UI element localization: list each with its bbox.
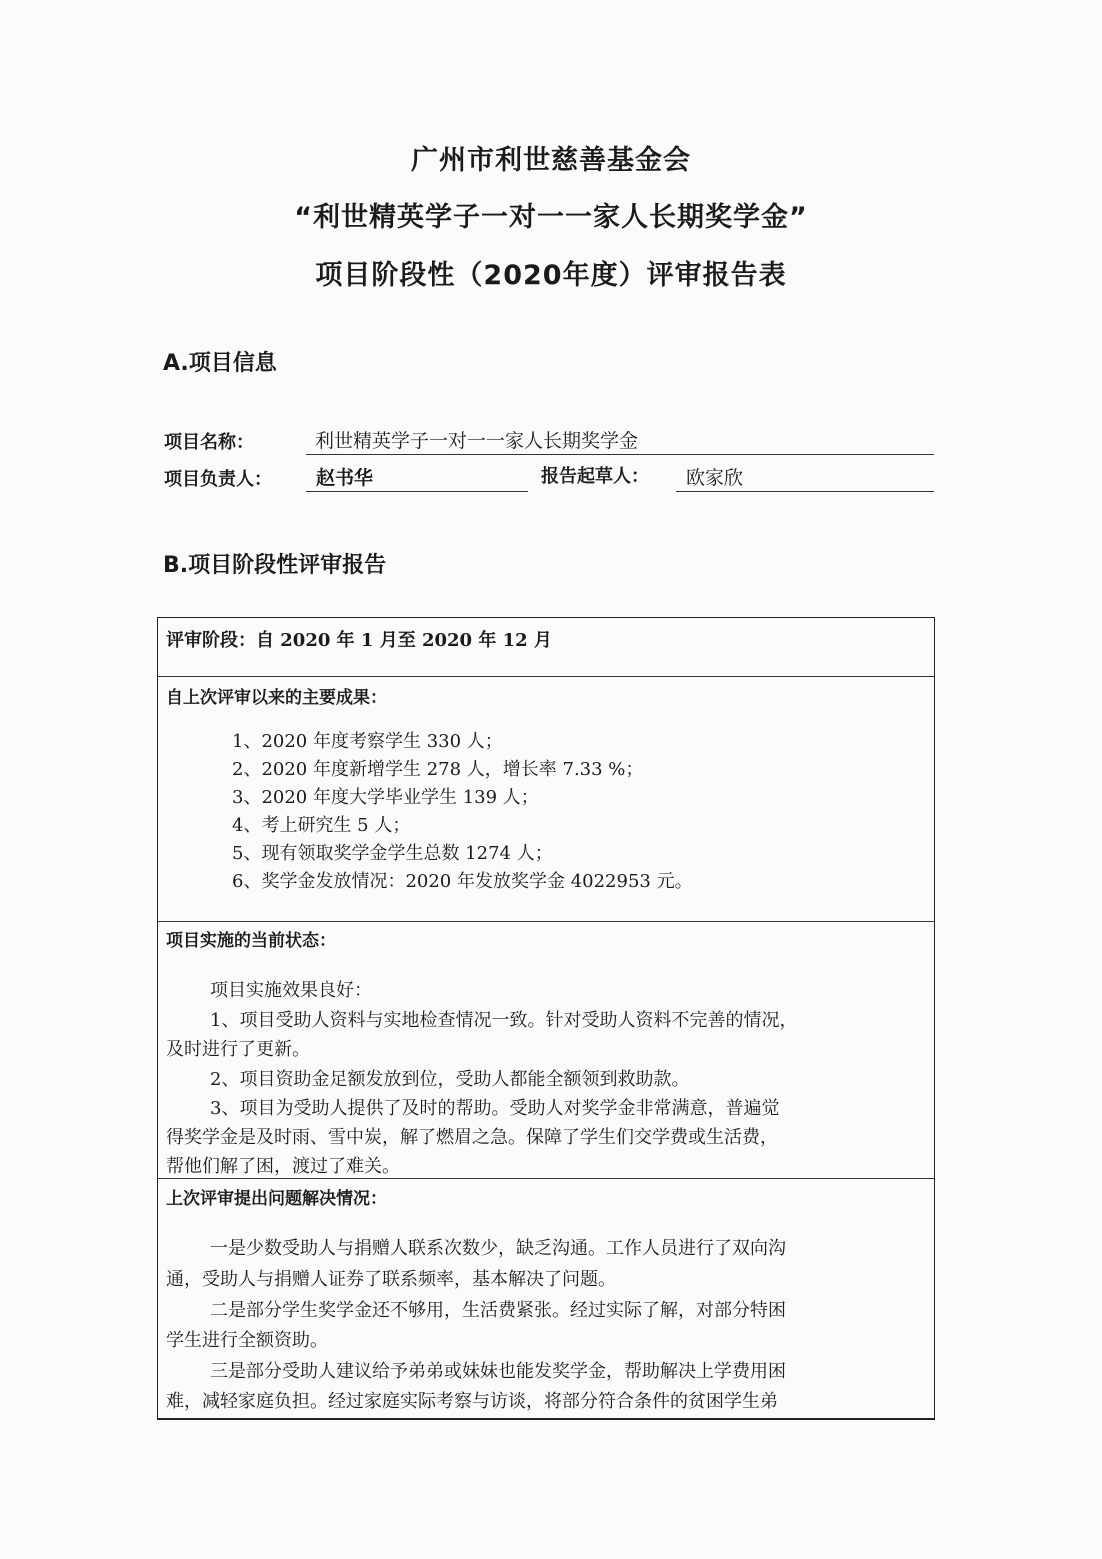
status-line: 得奖学金是及时雨、雪中炭，解了燃眉之急。保障了学生们交学费或生活费， — [166, 1123, 778, 1149]
review-report-table: 评审阶段：自 2020 年 1 月至 2020 年 12 月 自上次评审以来的主… — [157, 617, 935, 1420]
manager-underline — [306, 491, 528, 492]
issues-line: 三是部分受助人建议给予弟弟或妹妹也能发奖学金，帮助解决上学费用困 — [210, 1357, 786, 1383]
achievement-item: 2、2020 年度新增学生 278 人，增长率 7.33 %； — [232, 755, 643, 781]
status-line: 3、项目为受助人提供了及时的帮助。受助人对奖学金非常满意，普遍觉 — [210, 1094, 779, 1120]
status-line: 及时进行了更新。 — [166, 1035, 310, 1061]
org-title: 广州市利世慈善基金会 — [0, 138, 1102, 177]
achievement-item: 4、考上研究生 5 人； — [232, 811, 410, 837]
section-a-heading: A.项目信息 — [163, 346, 277, 377]
drafter-underline — [676, 491, 934, 492]
manager-label: 项目负责人： — [164, 465, 272, 491]
project-name-value: 利世精英学子一对一一家人长期奖学金 — [315, 426, 638, 453]
status-line: 帮他们解了困，渡过了难关。 — [166, 1152, 400, 1178]
achievement-item: 5、现有领取奖学金学生总数 1274 人； — [232, 839, 553, 865]
status-line: 1、项目受助人资料与实地检查情况一致。针对受助人资料不完善的情况， — [210, 1006, 797, 1032]
drafter-value: 欧家欣 — [686, 463, 743, 490]
issues-line: 难，减轻家庭负担。经过家庭实际考察与访谈，将部分符合条件的贫困学生弟 — [166, 1387, 778, 1413]
manager-value: 赵书华 — [316, 463, 373, 490]
issues-line: 通，受助人与捐赠人证券了联系频率，基本解决了问题。 — [166, 1265, 616, 1291]
status-cell: 项目实施的当前状态： 项目实施效果良好： 1、项目受助人资料与实地检查情况一致。… — [158, 922, 934, 1179]
achievements-cell: 自上次评审以来的主要成果： 1、2020 年度考察学生 330 人； 2、202… — [158, 677, 934, 922]
achievement-item: 6、奖学金发放情况：2020 年发放奖学金 4022953 元。 — [232, 867, 693, 893]
status-line: 2、项目资助金足额发放到位，受助人都能全额领到救助款。 — [210, 1065, 689, 1091]
review-period-cell: 评审阶段：自 2020 年 1 月至 2020 年 12 月 — [158, 618, 934, 677]
issues-line: 一是少数受助人与捐赠人联系次数少，缺乏沟通。工作人员进行了双向沟 — [210, 1234, 786, 1260]
achievements-title: 自上次评审以来的主要成果： — [166, 683, 387, 708]
status-title: 项目实施的当前状态： — [166, 926, 336, 951]
achievement-item: 3、2020 年度大学毕业学生 139 人； — [232, 783, 539, 809]
program-title: “利世精英学子一对一一家人长期奖学金” — [0, 195, 1102, 234]
issues-line: 二是部分学生奖学金还不够用，生活费紧张。经过实际了解，对部分特困 — [210, 1296, 786, 1322]
issues-line: 学生进行全额资助。 — [166, 1326, 328, 1352]
issues-title: 上次评审提出问题解决情况： — [166, 1184, 387, 1209]
project-name-label: 项目名称： — [164, 428, 254, 454]
review-period: 评审阶段：自 2020 年 1 月至 2020 年 12 月 — [166, 626, 552, 652]
status-line: 项目实施效果良好： — [210, 976, 372, 1002]
section-b-heading: B.项目阶段性评审报告 — [163, 548, 386, 579]
form-title: 项目阶段性（2020年度）评审报告表 — [0, 253, 1102, 292]
drafter-label: 报告起草人： — [541, 462, 649, 488]
issues-cell: 上次评审提出问题解决情况： 一是少数受助人与捐赠人联系次数少，缺乏沟通。工作人员… — [158, 1179, 934, 1417]
achievement-item: 1、2020 年度考察学生 330 人； — [232, 727, 503, 753]
project-name-underline — [306, 454, 934, 455]
